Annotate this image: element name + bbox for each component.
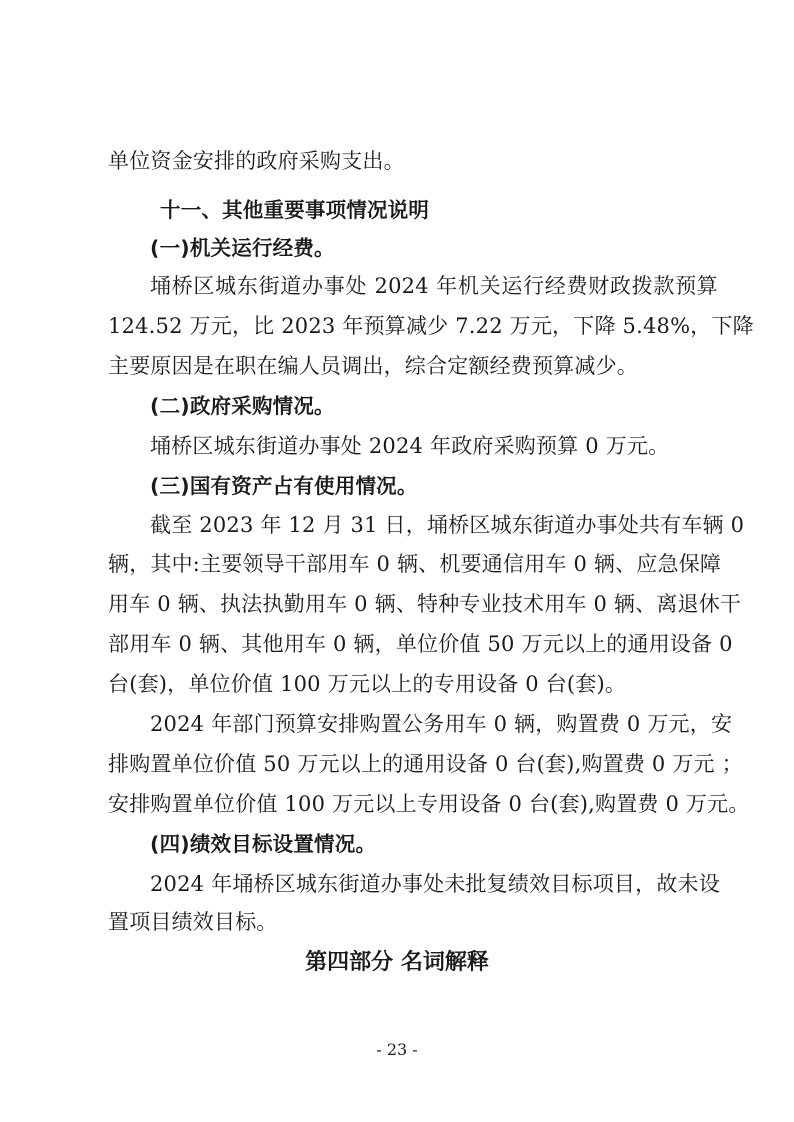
paragraph-line: 2024 年部门预算安排购置公务用车 0 辆，购置费 0 万元，安 — [150, 710, 718, 738]
page-number: - 23 - — [0, 1040, 794, 1060]
paragraph-line: 截至 2023 年 12 月 31 日，埇桥区城东街道办事处共有车辆 0 — [150, 511, 718, 539]
paragraph-line: 安排购置单位价值 100 万元以上专用设备 0 台(套),购置费 0 万元。 — [108, 790, 718, 818]
part-title: 第四部分 名词解释 — [0, 948, 794, 978]
paragraph-line: 单位资金安排的政府采购支出。 — [108, 147, 718, 175]
paragraph-line: 排购置单位价值 50 万元以上的通用设备 0 台(套),购置费 0 万元 ； — [108, 750, 718, 778]
paragraph-line: 部用车 0 辆、其他用车 0 辆，单位价值 50 万元以上的通用设备 0 — [108, 630, 718, 658]
paragraph-line: 台(套)，单位价值 100 万元以上的专用设备 0 台(套)。 — [108, 670, 718, 698]
subsection-title-3: (三)国有资产占有使用情况。 — [150, 472, 718, 500]
paragraph-line: 124.52 万元，比 2023 年预算减少 7.22 万元，下降 5.48%，… — [108, 312, 718, 340]
paragraph-line: 辆，其中:主要领导干部用车 0 辆、机要通信用车 0 辆、应急保障 — [108, 550, 718, 578]
document-page: 单位资金安排的政府采购支出。 十一、其他重要事项情况说明 (一)机关运行经费。 … — [0, 0, 794, 1122]
paragraph-line: 埇桥区城东街道办事处 2024 年机关运行经费财政拨款预算 — [150, 272, 718, 300]
paragraph-line: 主要原因是在职在编人员调出，综合定额经费预算减少。 — [108, 352, 718, 380]
subsection-title-1: (一)机关运行经费。 — [150, 234, 718, 262]
paragraph-line: 用车 0 辆、执法执勤用车 0 辆、特种专业技术用车 0 辆、离退休干 — [108, 590, 718, 618]
paragraph-line: 埇桥区城东街道办事处 2024 年政府采购预算 0 万元。 — [150, 432, 718, 460]
paragraph-line: 置项目绩效目标。 — [108, 908, 718, 936]
paragraph-line: 2024 年埇桥区城东街道办事处未批复绩效目标项目，故未设 — [150, 870, 718, 898]
subsection-title-4: (四)绩效目标设置情况。 — [150, 830, 718, 858]
subsection-title-2: (二)政府采购情况。 — [150, 392, 718, 420]
section-title: 十一、其他重要事项情况说明 — [160, 196, 770, 224]
